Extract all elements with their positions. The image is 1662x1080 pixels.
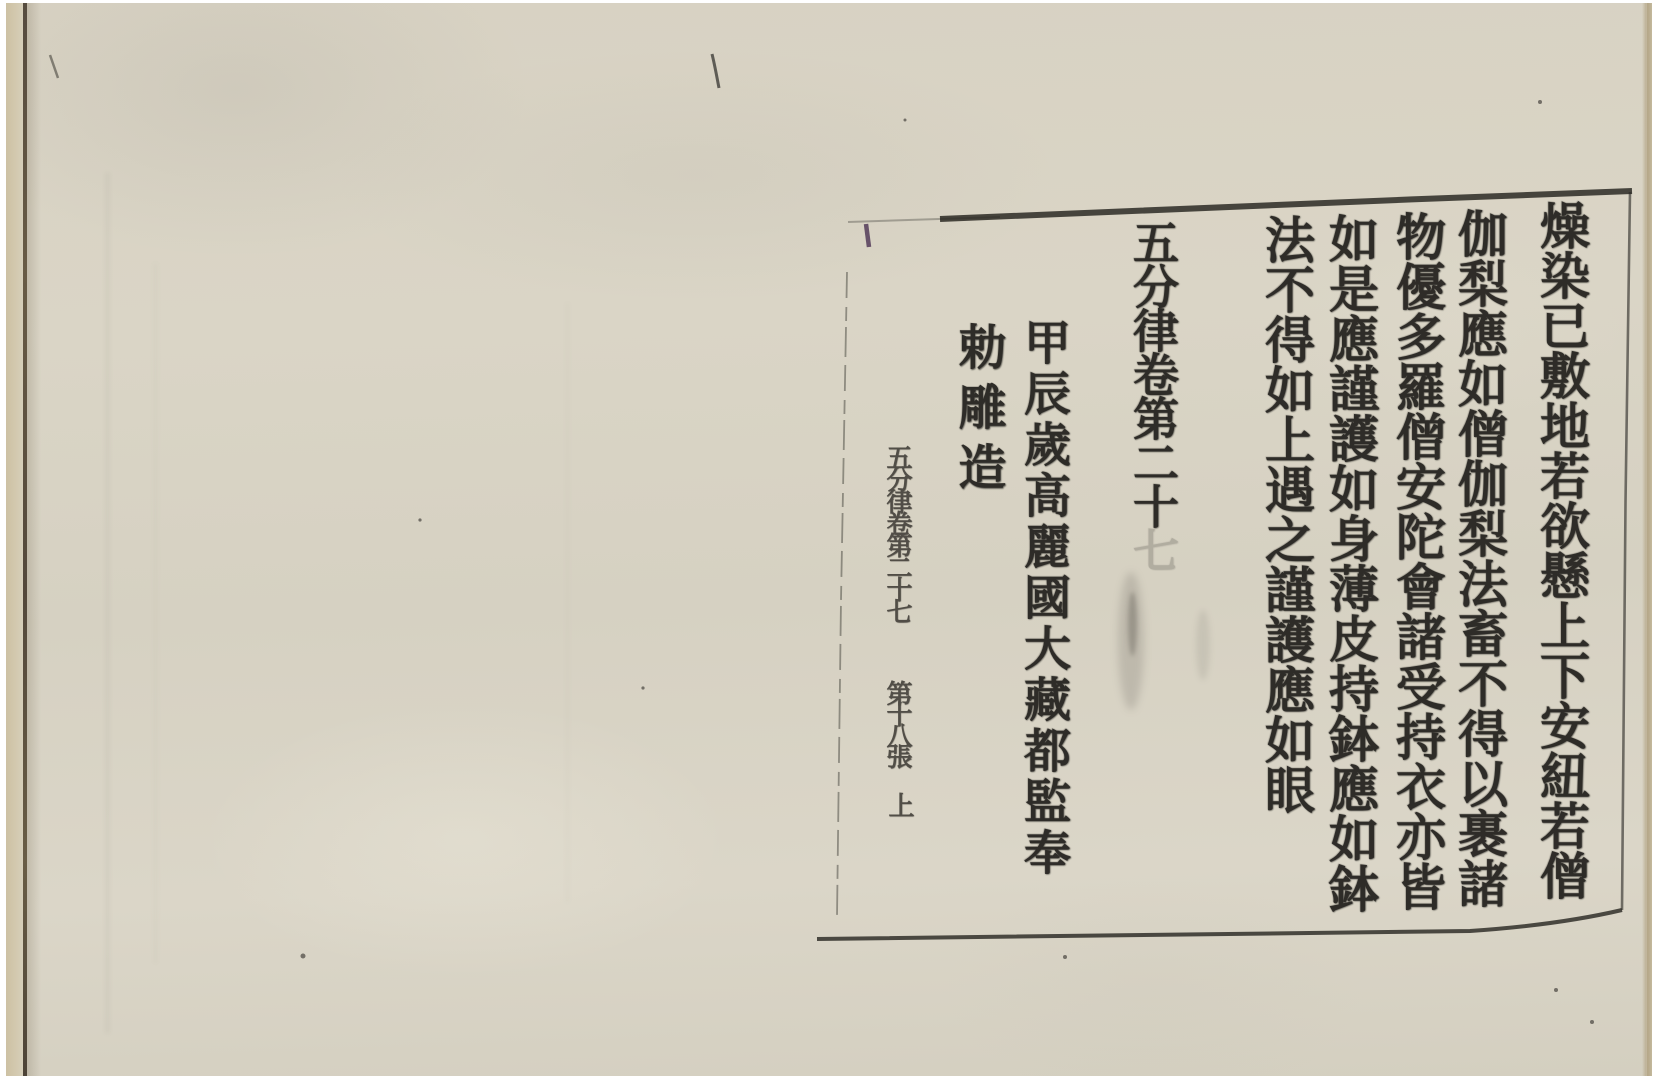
- purple-mark: [866, 224, 869, 247]
- margin-scroll-label: 五分律卷第二十七: [878, 444, 916, 620]
- text-column-4: 如是應謹護如身薄皮持鉢應如鉢: [1318, 213, 1382, 913]
- end-title-text: 五分律卷第二十: [1126, 219, 1180, 527]
- text-column-1: 燥染已敷地若欲懸上下安紐若僧: [1529, 200, 1593, 900]
- text-column-2: 伽梨應如僧伽梨法畜不得以裹諸: [1447, 208, 1511, 908]
- colophon-column-1: 甲辰歲高麗國大藏都監奉: [1012, 318, 1074, 879]
- margin-side-label: 上: [880, 792, 918, 818]
- scratch-mark: [712, 54, 719, 88]
- end-title-column: 五分律卷第二十七: [1122, 219, 1184, 571]
- scratch-mark: [50, 55, 58, 78]
- colophon-column-2: 勅雕造: [948, 322, 1008, 502]
- end-title-faint-char: 七: [1126, 527, 1180, 571]
- scanned-page: 燥染已敷地若欲懸上下安紐若僧 伽梨應如僧伽梨法畜不得以裹諸 物優多羅僧安陀會諸受…: [0, 0, 1662, 1080]
- margin-sheet-label: 第十八張: [878, 680, 916, 764]
- text-column-5: 法不得如上遇之謹護應如眼: [1254, 214, 1318, 814]
- text-column-3: 物優多羅僧安陀會諸受持衣亦皆: [1385, 211, 1449, 911]
